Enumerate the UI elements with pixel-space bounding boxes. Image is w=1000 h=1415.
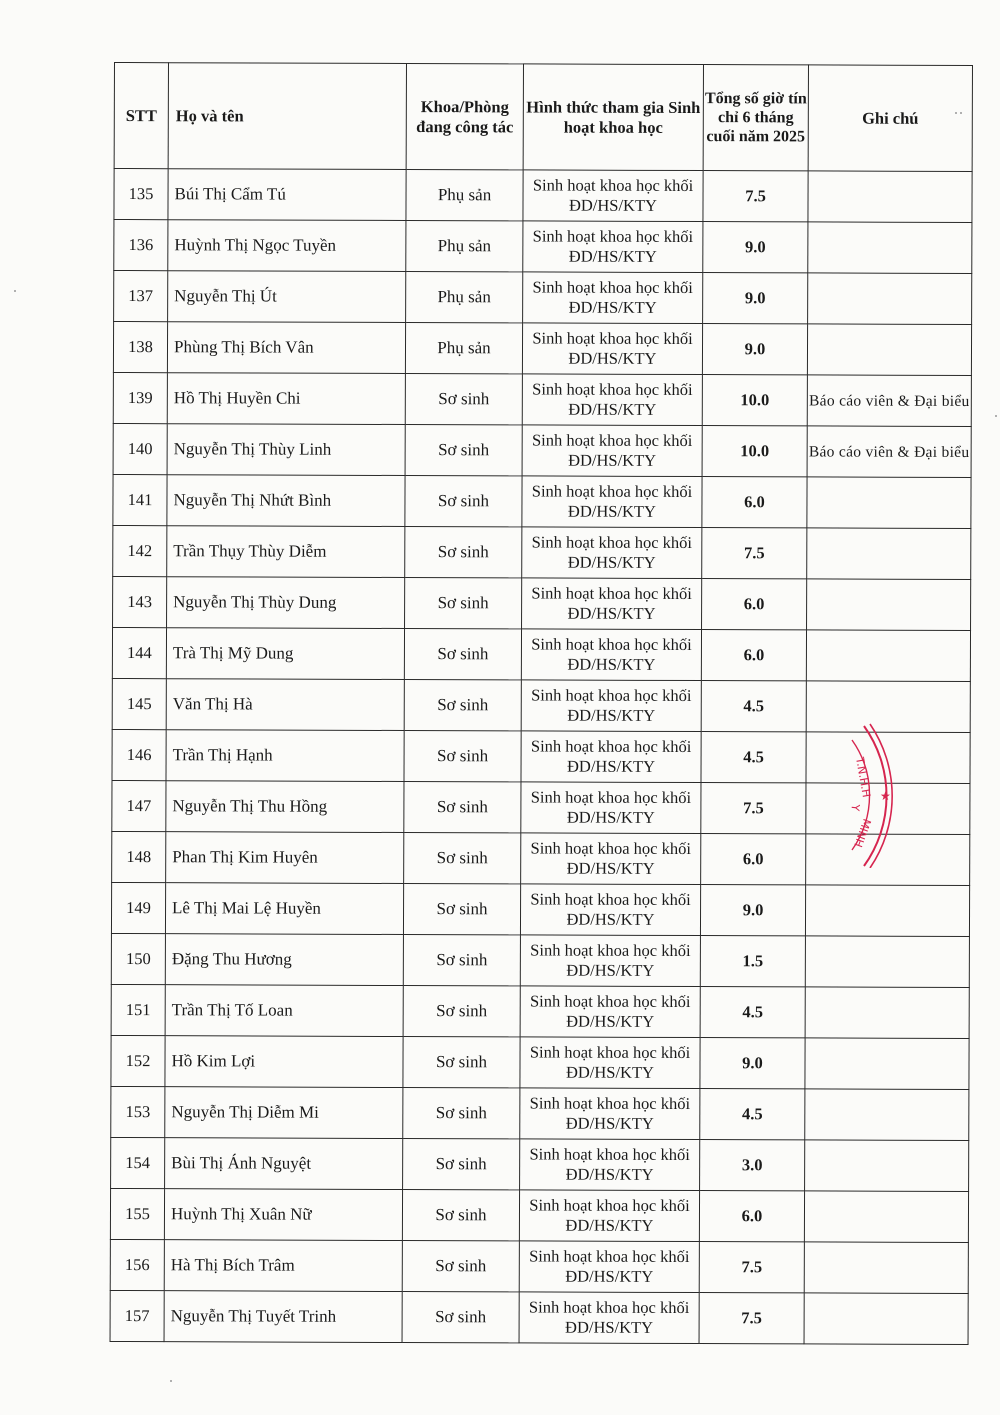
header-dept: Khoa/Phòng đang công tác	[406, 64, 523, 170]
table-row: 142Trần Thụy Thùy DiễmSơ sinhSinh hoạt k…	[113, 525, 971, 579]
cell-name: Trần Thụy Thùy Diễm	[167, 526, 405, 578]
cell-hours: 3.0	[700, 1140, 805, 1191]
cell-form: Sinh hoạt khoa học khối ĐD/HS/KTY	[521, 629, 701, 681]
table-row: 155Huỳnh Thị Xuân NữSơ sinhSinh hoạt kho…	[110, 1188, 968, 1242]
cell-dept: Sơ sinh	[403, 1088, 520, 1139]
cell-dept: Sơ sinh	[405, 476, 522, 527]
cell-name: Bùi Thị Ánh Nguyệt	[165, 1138, 403, 1190]
table-row: 135Búi Thị Cẩm TúPhụ sảnSinh hoạt khoa h…	[114, 169, 972, 223]
cell-name: Huỳnh Thị Xuân Nữ	[164, 1189, 402, 1241]
table-row: 145Văn Thị HàSơ sinhSinh hoạt khoa học k…	[112, 678, 970, 732]
cell-name: Hà Thị Bích Trâm	[164, 1240, 402, 1292]
cell-form: Sinh hoạt khoa học khối ĐD/HS/KTY	[522, 374, 702, 426]
cell-name: Lê Thị Mai Lệ Huyền	[165, 883, 403, 935]
cell-stt: 141	[113, 474, 167, 525]
cell-stt: 137	[114, 271, 168, 322]
cell-form: Sinh hoạt khoa học khối ĐD/HS/KTY	[520, 1088, 700, 1140]
cell-hours: 6.0	[702, 477, 807, 528]
cell-note	[807, 528, 971, 580]
cell-note	[808, 171, 972, 223]
table-row: 153Nguyễn Thị Diễm MiSơ sinhSinh hoạt kh…	[111, 1086, 969, 1140]
cell-dept: Sơ sinh	[404, 782, 521, 833]
cell-dept: Sơ sinh	[405, 425, 522, 476]
cell-dept: Phụ sản	[405, 323, 522, 374]
cell-name: Hồ Thị Huyền Chi	[167, 373, 405, 425]
cell-stt: 140	[113, 423, 167, 474]
cell-form: Sinh hoạt khoa học khối ĐD/HS/KTY	[523, 170, 703, 222]
document-sheet: STT Họ và tên Khoa/Phòng đang công tác H…	[110, 62, 972, 1345]
cell-hours: 7.5	[699, 1242, 804, 1293]
cell-name: Văn Thị Hà	[166, 679, 404, 731]
cell-name: Nguyễn Thị Nhứt Bình	[167, 475, 405, 527]
table-row: 139Hồ Thị Huyền ChiSơ sinhSinh hoạt khoa…	[113, 372, 971, 426]
cell-name: Nguyễn Thị Thùy Dung	[167, 577, 405, 629]
cell-note	[806, 630, 970, 682]
cell-name: Nguyễn Thị Út	[168, 271, 406, 323]
cell-form: Sinh hoạt khoa học khối ĐD/HS/KTY	[521, 680, 701, 732]
cell-hours: 9.0	[700, 1038, 805, 1089]
cell-note: Báo cáo viên & Đại biểu	[807, 426, 971, 478]
cell-hours: 10.0	[702, 426, 807, 477]
cell-form: Sinh hoạt khoa học khối ĐD/HS/KTY	[520, 986, 700, 1038]
cell-name: Nguyễn Thị Diễm Mi	[165, 1087, 403, 1139]
cell-note	[805, 1038, 969, 1090]
cell-hours: 6.0	[701, 834, 806, 885]
table-row: 138Phùng Thị Bích VânPhụ sảnSinh hoạt kh…	[113, 322, 971, 376]
cell-dept: Sơ sinh	[404, 833, 521, 884]
cell-dept: Sơ sinh	[405, 578, 522, 629]
cell-stt: 151	[111, 984, 165, 1035]
header-form: Hình thức tham gia Sinh hoạt khoa học	[523, 64, 703, 171]
cell-form: Sinh hoạt khoa học khối ĐD/HS/KTY	[519, 1292, 699, 1344]
cell-name: Đặng Thu Hương	[165, 934, 403, 986]
table-row: 156Hà Thị Bích TrâmSơ sinhSinh hoạt khoa…	[110, 1239, 968, 1293]
cell-note	[807, 477, 971, 529]
cell-note	[805, 936, 969, 988]
cell-note	[807, 579, 971, 631]
table-row: 146Trần Thị HạnhSơ sinhSinh hoạt khoa họ…	[112, 729, 970, 783]
cell-note	[805, 885, 969, 937]
cell-note: Báo cáo viên & Đại biểu	[807, 375, 971, 427]
cell-stt: 143	[113, 576, 167, 627]
cell-form: Sinh hoạt khoa học khối ĐD/HS/KTY	[521, 782, 701, 834]
table-row: 143Nguyễn Thị Thùy DungSơ sinhSinh hoạt …	[113, 576, 971, 630]
cell-name: Hồ Kim Lợi	[165, 1036, 403, 1088]
cell-form: Sinh hoạt khoa học khối ĐD/HS/KTY	[522, 425, 702, 477]
cell-dept: Sơ sinh	[405, 374, 522, 425]
cell-dept: Sơ sinh	[403, 884, 520, 935]
cell-dept: Phụ sản	[406, 221, 523, 272]
cell-hours: 4.5	[700, 1089, 805, 1140]
cell-dept: Sơ sinh	[404, 629, 521, 680]
table-row: 136Huỳnh Thị Ngọc TuyềnPhụ sảnSinh hoạt …	[114, 220, 972, 274]
table-body: 135Búi Thị Cẩm TúPhụ sảnSinh hoạt khoa h…	[110, 169, 972, 1345]
cell-form: Sinh hoạt khoa học khối ĐD/HS/KTY	[520, 1139, 700, 1191]
cell-dept: Sơ sinh	[404, 731, 521, 782]
cell-name: Phùng Thị Bích Vân	[167, 322, 405, 374]
header-note: Ghi chú	[808, 65, 972, 172]
cell-note	[808, 273, 972, 325]
header-stt: STT	[114, 63, 168, 169]
cell-form: Sinh hoạt khoa học khối ĐD/HS/KTY	[520, 935, 700, 987]
cell-stt: 150	[111, 933, 165, 984]
cell-form: Sinh hoạt khoa học khối ĐD/HS/KTY	[521, 833, 701, 885]
cell-hours: 9.0	[703, 273, 808, 324]
cell-hours: 1.5	[700, 936, 805, 987]
cell-form: Sinh hoạt khoa học khối ĐD/HS/KTY	[522, 527, 702, 579]
cell-dept: Sơ sinh	[405, 527, 522, 578]
cell-note	[807, 324, 971, 376]
cell-stt: 148	[112, 831, 166, 882]
cell-stt: 156	[110, 1239, 164, 1290]
cell-note	[805, 987, 969, 1039]
cell-form: Sinh hoạt khoa học khối ĐD/HS/KTY	[521, 731, 701, 783]
cell-dept: Sơ sinh	[403, 1037, 520, 1088]
cell-hours: 4.5	[700, 987, 805, 1038]
cell-stt: 139	[113, 372, 167, 423]
cell-stt: 147	[112, 780, 166, 831]
cell-dept: Sơ sinh	[402, 1241, 519, 1292]
cell-note	[804, 1242, 968, 1294]
cell-hours: 10.0	[702, 375, 807, 426]
table-row: 141Nguyễn Thị Nhứt BìnhSơ sinhSinh hoạt …	[113, 474, 971, 528]
cell-stt: 144	[112, 627, 166, 678]
cell-name: Trần Thị Tố Loan	[165, 985, 403, 1037]
cell-form: Sinh hoạt khoa học khối ĐD/HS/KTY	[520, 884, 700, 936]
table-row: 152Hồ Kim LợiSơ sinhSinh hoạt khoa học k…	[111, 1035, 969, 1089]
header-hours: Tổng số giờ tín chỉ 6 tháng cuối năm 202…	[703, 65, 808, 171]
table-row: 149Lê Thị Mai Lệ HuyềnSơ sinhSinh hoạt k…	[111, 882, 969, 936]
cell-name: Nguyễn Thị Thùy Linh	[167, 424, 405, 476]
cell-hours: 4.5	[701, 681, 806, 732]
cell-name: Búi Thị Cẩm Tú	[168, 169, 406, 221]
cell-stt: 136	[114, 220, 168, 271]
cell-hours: 6.0	[702, 579, 807, 630]
cell-dept: Sơ sinh	[403, 1139, 520, 1190]
cell-dept: Sơ sinh	[402, 1292, 519, 1343]
table-row: 151Trần Thị Tố LoanSơ sinhSinh hoạt khoa…	[111, 984, 969, 1038]
cell-dept: Phụ sản	[406, 272, 523, 323]
participants-table: STT Họ và tên Khoa/Phòng đang công tác H…	[110, 62, 973, 1345]
table-row: 144Trà Thị Mỹ DungSơ sinhSinh hoạt khoa …	[112, 627, 970, 681]
cell-name: Phan Thị Kim Huyên	[166, 832, 404, 884]
cell-hours: 9.0	[702, 324, 807, 375]
table-row: 150Đặng Thu HươngSơ sinhSinh hoạt khoa h…	[111, 933, 969, 987]
cell-dept: Sơ sinh	[403, 986, 520, 1037]
cell-dept: Sơ sinh	[402, 1190, 519, 1241]
cell-note	[804, 1293, 968, 1345]
cell-stt: 135	[114, 169, 168, 220]
cell-stt: 138	[113, 322, 167, 373]
cell-form: Sinh hoạt khoa học khối ĐD/HS/KTY	[522, 476, 702, 528]
cell-form: Sinh hoạt khoa học khối ĐD/HS/KTY	[523, 221, 703, 273]
table-row: 137Nguyễn Thị ÚtPhụ sảnSinh hoạt khoa họ…	[114, 271, 972, 325]
cell-hours: 4.5	[701, 732, 806, 783]
cell-stt: 149	[111, 882, 165, 933]
table-row: 157Nguyễn Thị Tuyết TrinhSơ sinhSinh hoạ…	[110, 1290, 968, 1344]
table-row: 147Nguyễn Thị Thu HồngSơ sinhSinh hoạt k…	[112, 780, 970, 834]
cell-stt: 145	[112, 678, 166, 729]
cell-note	[806, 783, 970, 835]
cell-note	[806, 834, 970, 886]
cell-stt: 154	[111, 1137, 165, 1188]
table-row: 154Bùi Thị Ánh NguyệtSơ sinhSinh hoạt kh…	[111, 1137, 969, 1191]
cell-stt: 142	[113, 525, 167, 576]
cell-name: Trà Thị Mỹ Dung	[166, 628, 404, 680]
cell-hours: 6.0	[701, 630, 806, 681]
cell-stt: 155	[110, 1188, 164, 1239]
cell-note	[806, 732, 970, 784]
cell-note	[806, 681, 970, 733]
table-row: 148Phan Thị Kim HuyênSơ sinhSinh hoạt kh…	[112, 831, 970, 885]
cell-name: Huỳnh Thị Ngọc Tuyền	[168, 220, 406, 272]
cell-hours: 7.5	[702, 528, 807, 579]
cell-note	[805, 1140, 969, 1192]
cell-note	[805, 1089, 969, 1141]
cell-form: Sinh hoạt khoa học khối ĐD/HS/KTY	[522, 323, 702, 375]
cell-note	[808, 222, 972, 274]
cell-stt: 157	[110, 1290, 164, 1341]
cell-form: Sinh hoạt khoa học khối ĐD/HS/KTY	[520, 1037, 700, 1089]
cell-name: Trần Thị Hạnh	[166, 730, 404, 782]
cell-dept: Phụ sản	[406, 170, 523, 221]
table-header-row: STT Họ và tên Khoa/Phòng đang công tác H…	[114, 63, 972, 172]
cell-form: Sinh hoạt khoa học khối ĐD/HS/KTY	[523, 272, 703, 324]
cell-hours: 7.5	[703, 171, 808, 222]
header-name: Họ và tên	[168, 63, 406, 170]
cell-hours: 9.0	[703, 222, 808, 273]
cell-form: Sinh hoạt khoa học khối ĐD/HS/KTY	[519, 1241, 699, 1293]
table-row: 140Nguyễn Thị Thùy LinhSơ sinhSinh hoạt …	[113, 423, 971, 477]
cell-name: Nguyễn Thị Tuyết Trinh	[164, 1291, 402, 1343]
cell-name: Nguyễn Thị Thu Hồng	[166, 781, 404, 833]
cell-stt: 152	[111, 1035, 165, 1086]
cell-dept: Sơ sinh	[404, 680, 521, 731]
cell-hours: 7.5	[701, 783, 806, 834]
cell-hours: 7.5	[699, 1293, 804, 1344]
cell-stt: 146	[112, 729, 166, 780]
cell-stt: 153	[111, 1086, 165, 1137]
cell-form: Sinh hoạt khoa học khối ĐD/HS/KTY	[522, 578, 702, 630]
cell-form: Sinh hoạt khoa học khối ĐD/HS/KTY	[519, 1190, 699, 1242]
cell-hours: 9.0	[700, 885, 805, 936]
cell-dept: Sơ sinh	[403, 935, 520, 986]
cell-note	[804, 1191, 968, 1243]
cell-hours: 6.0	[699, 1191, 804, 1242]
